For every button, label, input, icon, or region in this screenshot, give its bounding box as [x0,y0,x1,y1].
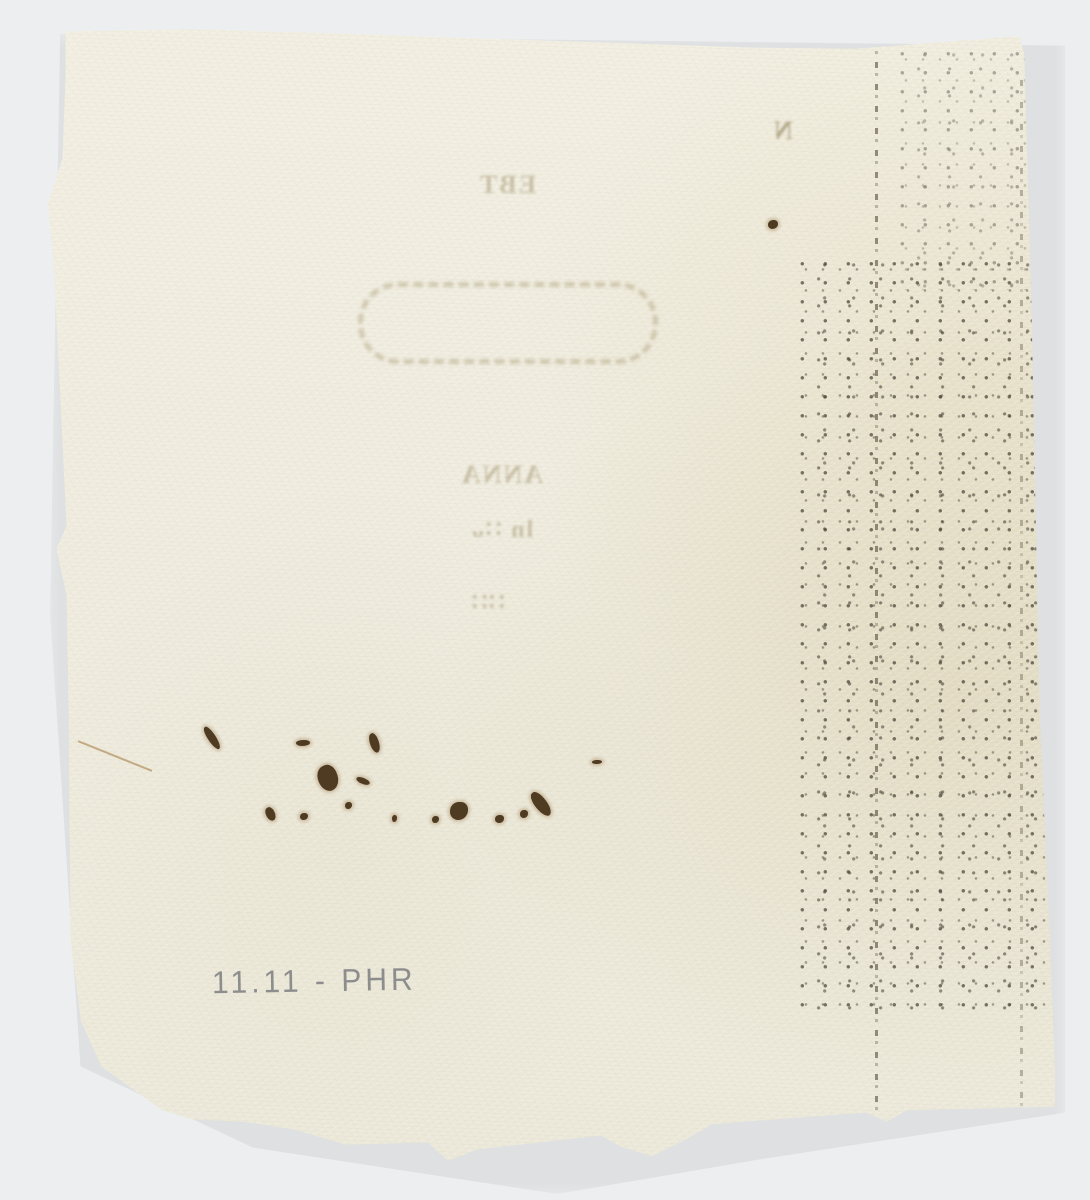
show-through-oval-stamp [358,282,658,364]
show-through-year: ∷∷ [470,588,505,617]
foxing-top-right [900,50,1040,290]
foxing-right-band [800,260,1050,1020]
show-through-middle-text: ANNA [460,460,543,490]
show-through-line-2: ln ∷ᴗ [470,515,533,544]
pencil-annotation: 11.11 - PHR [212,962,417,1001]
show-through-top-text: EBT [478,170,536,200]
show-through-corner-mark: N [772,116,793,146]
paper-sheet: EBT ANNA ln ∷ᴗ ∷∷ N 11.11 - PHR [40,20,1060,1170]
